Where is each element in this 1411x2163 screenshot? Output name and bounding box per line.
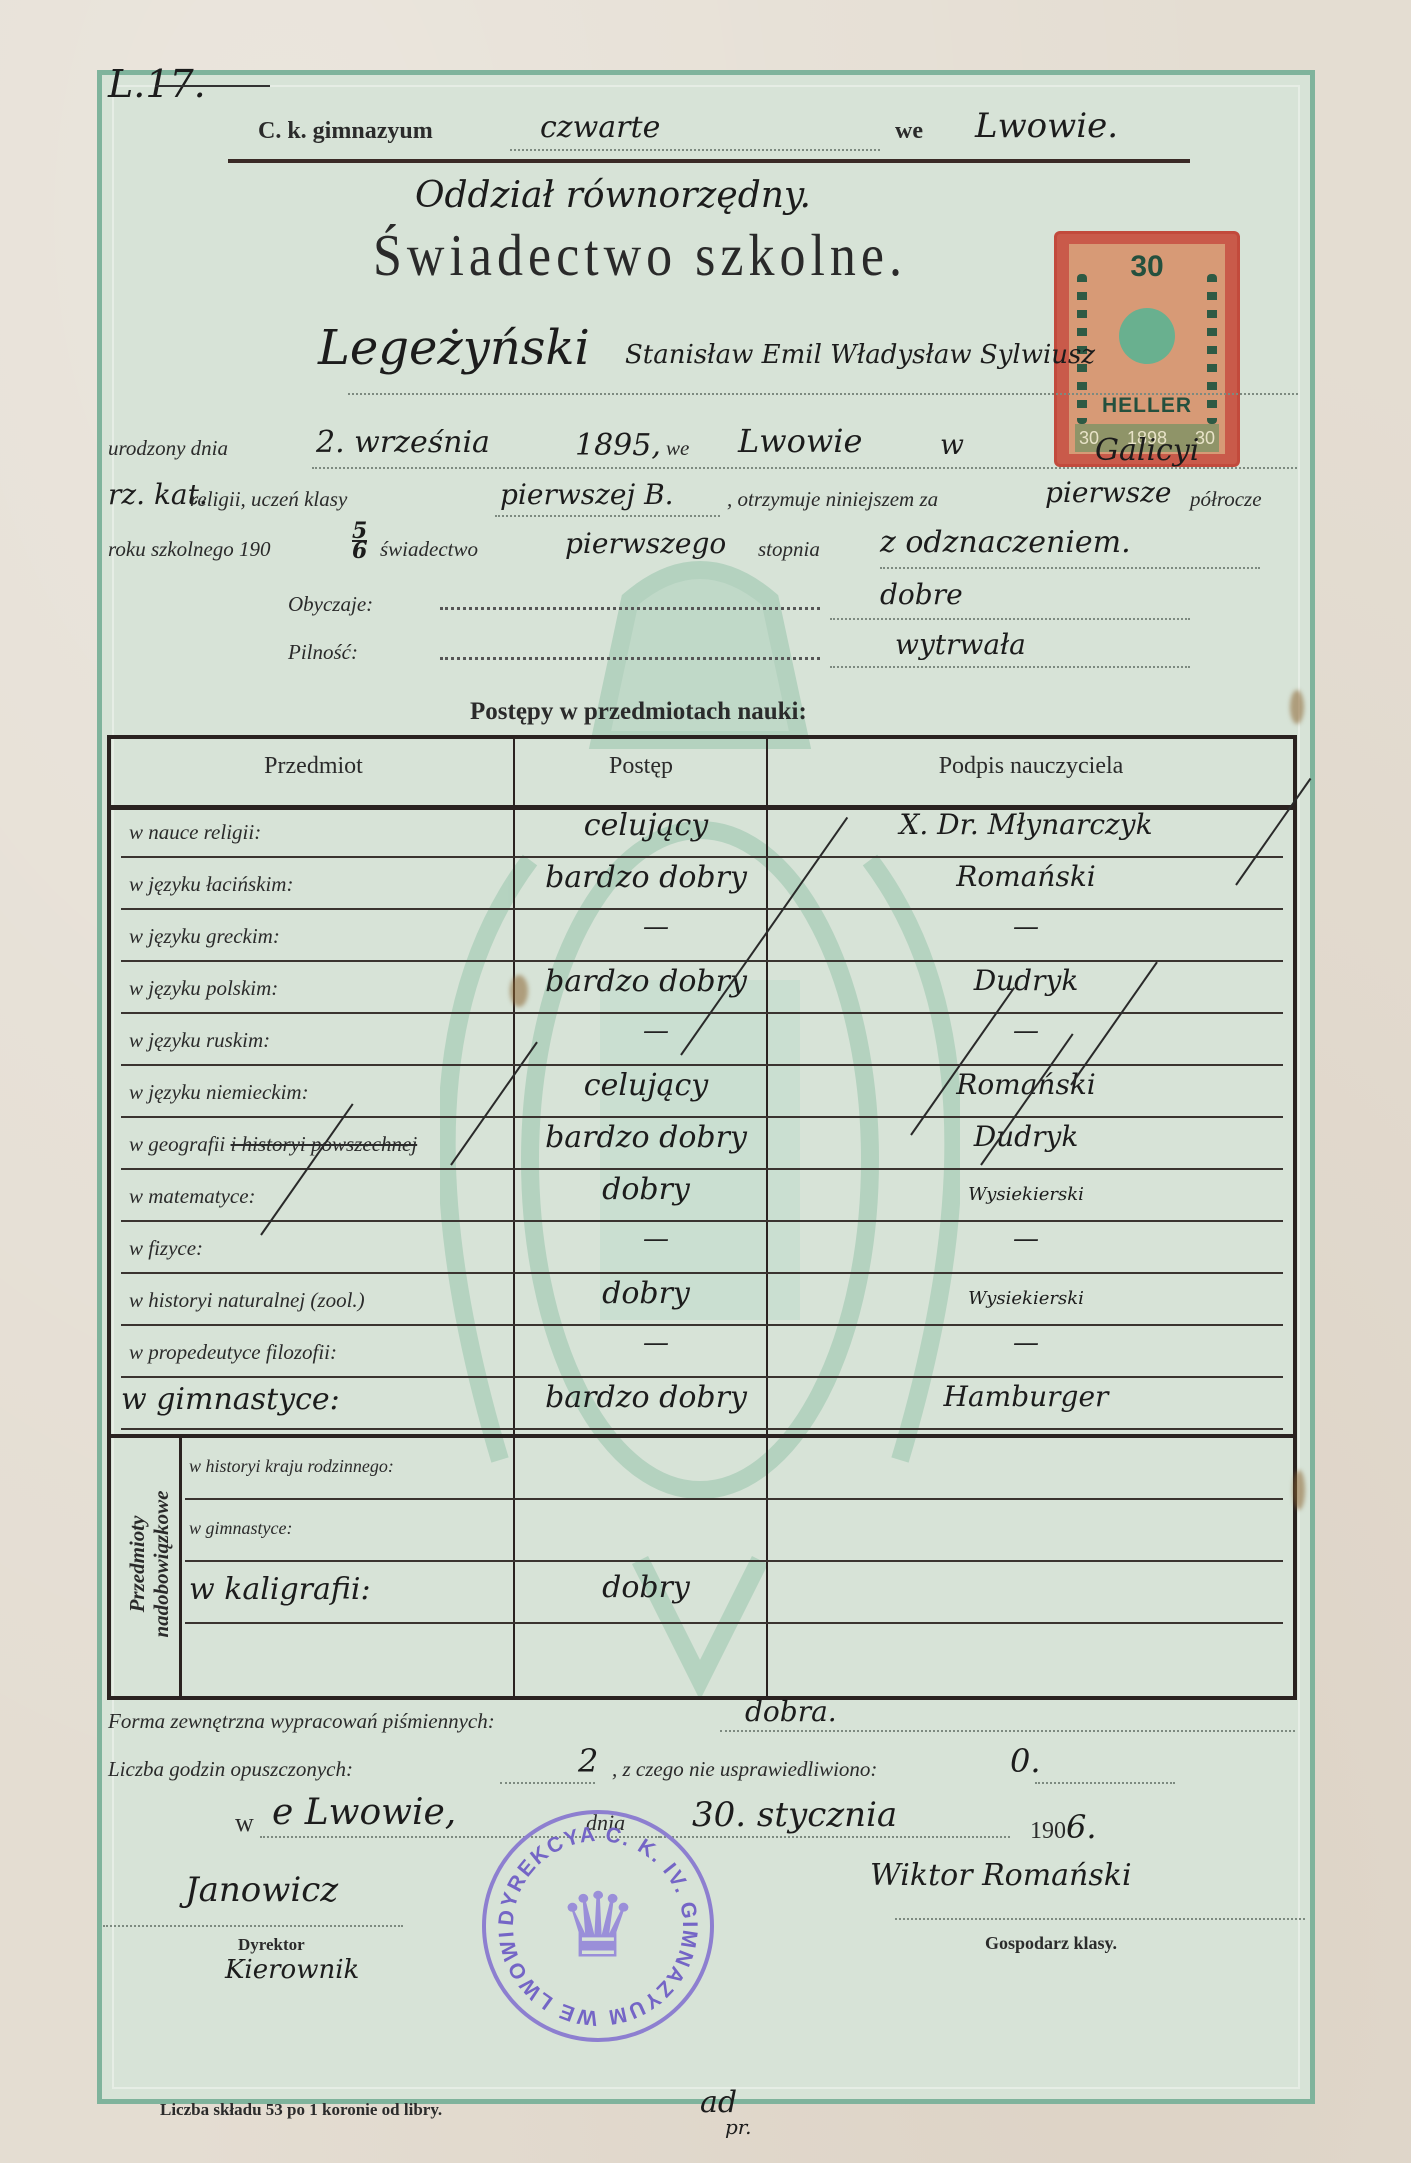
missed-hours-value: 2 (578, 1742, 598, 1780)
optional-table-row: w kaligrafii:dobry (111, 1562, 1293, 1624)
director-label: Dyrektor (238, 1935, 305, 1955)
subject-cell: w języku ruskim: (129, 1028, 270, 1053)
place-prefix: w (235, 1808, 254, 1838)
division: Oddział równorzędny. (415, 175, 811, 216)
optional-table-row (111, 1624, 1293, 1686)
birth-city: Lwowie (738, 422, 862, 460)
subject-cell: w fizyce: (129, 1236, 203, 1261)
subject-cell: w gimnastyce: (121, 1382, 340, 1417)
subject-text: w języku ruskim: (129, 1028, 270, 1052)
table-row: w geografii i historyi powszechnejbardzo… (111, 1118, 1293, 1170)
missed-hours-label: Liczba godzin opuszczonych: (108, 1757, 353, 1782)
written-form-label: Forma zewnętrzna wypracowań piśmiennych: (108, 1709, 495, 1734)
subject-cell: w historyi naturalnej (zool.) (129, 1288, 365, 1313)
classmaster-label: Gospodarz klasy. (985, 1933, 1117, 1954)
receives-label: , otrzymuje niniejszem za (727, 487, 938, 512)
stamp-portrait-icon (1119, 308, 1175, 364)
year-denominator: 6 (352, 542, 367, 560)
progress-cell: dobry (521, 1570, 771, 1605)
distinction: z odznaczeniem. (880, 525, 1131, 560)
progress-cell: celujący (521, 808, 771, 843)
teacher-signature-cell: Wysiekierski (776, 1288, 1276, 1309)
subject-text: w historyi naturalnej (zool.) (129, 1288, 365, 1312)
diligence-leader-dots (440, 657, 820, 660)
conduct-value: dobre (880, 578, 963, 611)
class: pierwszej B. (500, 478, 674, 511)
stamp-value: 30 (1069, 250, 1225, 284)
school-year-fraction: 5 6 (352, 522, 367, 560)
teacher-signature-cell: X. Dr. Młynarczyk (776, 808, 1276, 841)
grade-degree: pierwszego (565, 527, 726, 560)
reference-underline (155, 85, 270, 87)
school-dotted-line (510, 149, 880, 151)
date-year: 1906. (1030, 1808, 1097, 1846)
subject-text: w nauce religii: (129, 820, 261, 844)
conduct-label: Obyczaje: (288, 592, 373, 617)
subject-text: w języku greckim: (129, 924, 280, 948)
diligence-dotted-line (830, 666, 1190, 668)
printer-note: Liczba składu 53 po 1 koronie od libry. (160, 2100, 442, 2120)
year-prefix: 190 (1030, 1818, 1066, 1844)
table-row: w historyi naturalnej (zool.)dobryWysiek… (111, 1274, 1293, 1326)
teacher-signature-cell: Romański (776, 860, 1276, 893)
classmaster-signature: Wiktor Romański (870, 1858, 1132, 1893)
subject-text: w języku polskim: (129, 976, 278, 1000)
missed-hours-dotted-line (500, 1782, 595, 1784)
progress-cell: celujący (521, 1068, 771, 1103)
subject-cell: w języku łacińskim: (129, 872, 293, 897)
progress-cell: — (531, 1224, 781, 1254)
school-year-label: roku szkolnego 190 (108, 537, 271, 562)
double-eagle-icon: ♛ (558, 1874, 639, 1979)
name-dotted-line (348, 393, 1298, 395)
table-row: w języku niemieckim:celującyRomański (111, 1066, 1293, 1118)
subject-cell: w języku niemieckim: (129, 1080, 309, 1105)
school-number: czwarte (540, 110, 660, 145)
diligence-label: Pilność: (288, 640, 358, 665)
unexcused-value: 0. (1010, 1742, 1041, 1780)
header-rule (228, 159, 1190, 163)
teacher-signature-cell: Wysiekierski (776, 1184, 1276, 1205)
stain (1290, 690, 1304, 724)
progress-title: Postępy w przedmiotach nauki: (470, 698, 807, 726)
header-subject: Przedmiot (111, 753, 516, 780)
school-prefix: C. k. gimnazyum (258, 118, 433, 145)
progress-cell: bardzo dobry (521, 1380, 771, 1415)
subject-cell: w języku polskim: (129, 976, 278, 1001)
subject-cell: w nauce religii: (129, 820, 261, 845)
progress-cell: dobry (521, 1276, 771, 1311)
table-row: w nauce religii:celującyX. Dr. Młynarczy… (111, 806, 1293, 858)
teacher-signature-cell: Dudryk (776, 964, 1276, 997)
teacher-signature-cell: — (776, 1328, 1276, 1358)
optional-table-row: w gimnastyce: (111, 1500, 1293, 1562)
progress-cell: — (531, 912, 781, 942)
half-year-label: półrocze (1190, 487, 1262, 512)
unexcused-dotted-line (1035, 1782, 1175, 1784)
birth-year: 1895, (575, 428, 661, 463)
director-acting: Kierownik (225, 1955, 359, 1985)
born-label: urodzony dnia (108, 436, 228, 461)
certificate-label: świadectwo (380, 537, 478, 562)
date-dotted-line (660, 1836, 1010, 1838)
school-we: we (895, 118, 923, 145)
student-surname: Legeżyński (318, 320, 590, 376)
year-suffix: 6. (1066, 1808, 1097, 1846)
written-form-value: dobra. (745, 1695, 837, 1728)
document-title: Świadectwo szkolne. (373, 222, 907, 290)
subject-cell: w gimnastyce: (189, 1518, 292, 1539)
written-form-dotted-line (720, 1730, 1295, 1732)
progress-cell: dobry (521, 1172, 771, 1207)
date-value: 30. stycznia (692, 1795, 897, 1835)
subject-cell: w kaligrafii: (189, 1572, 371, 1607)
teacher-signature-cell: — (776, 1016, 1276, 1046)
table-row: w propedeutyce filozofii:—— (111, 1326, 1293, 1378)
subject-cell: w matematyce: (129, 1184, 256, 1209)
optional-table-row: w historyi kraju rodzinnego: (111, 1438, 1293, 1500)
subject-cell: w historyi kraju rodzinnego: (189, 1456, 394, 1477)
conduct-leader-dots (440, 607, 820, 610)
subject-text: w propedeutyce filozofii: (129, 1340, 337, 1364)
teacher-signature-cell: Hamburger (776, 1380, 1276, 1413)
subject-cell: w propedeutyce filozofii: (129, 1340, 337, 1365)
school-city: Lwowie. (975, 106, 1118, 146)
birth-w: w (940, 428, 964, 461)
teacher-signature-cell: Romański (776, 1068, 1276, 1101)
table-header: Przedmiot Postęp Podpis nauczyciela (111, 739, 1293, 810)
subject-text: w gimnastyce: (121, 1382, 340, 1417)
religion-label: religii, uczeń klasy (190, 487, 347, 512)
progress-cell: — (531, 1016, 781, 1046)
table-row: w języku greckim:—— (111, 910, 1293, 962)
grades-table: Przedmiot Postęp Podpis nauczyciela w na… (107, 735, 1297, 1700)
subject-text: w geografii (129, 1132, 225, 1156)
teacher-signature-cell: — (776, 1224, 1276, 1254)
official-seal: DYREKCYA C. K. IV. GIMNAZYUM WE LWOWIE ♛ (482, 1810, 714, 2042)
class-dotted-line (495, 515, 720, 517)
birth-region: Galicyi (1095, 433, 1199, 468)
conduct-dotted-line (830, 618, 1190, 620)
diligence-value: wytrwała (895, 628, 1026, 661)
header-progress: Postęp (516, 753, 766, 780)
progress-cell: — (531, 1328, 781, 1358)
stain (510, 975, 528, 1007)
stain (1293, 1470, 1305, 1510)
subject-cell: w geografii i historyi powszechnej (129, 1132, 417, 1157)
unexcused-label: , z czego nie usprawiedliwiono: (612, 1757, 877, 1782)
subject-text: w języku łacińskim: (129, 872, 293, 896)
subject-text: w fizyce: (129, 1236, 203, 1260)
stamp-unit: HELLER (1069, 394, 1225, 418)
place-value: e Lwowie, (272, 1792, 456, 1833)
row-rule (121, 1428, 1283, 1430)
progress-cell: bardzo dobry (521, 860, 771, 895)
subject-text: w języku niemieckim: (129, 1080, 309, 1104)
subject-text: w matematyce: (129, 1184, 256, 1208)
birth-we: we (666, 436, 689, 461)
table-row: w języku łacińskim:bardzo dobryRomański (111, 858, 1293, 910)
teacher-signature-cell: — (776, 912, 1276, 942)
table-row: w gimnastyce:bardzo dobryHamburger (111, 1378, 1293, 1430)
half-year: pierwsze (1045, 476, 1172, 509)
table-row: w języku polskim:bardzo dobryDudryk (111, 962, 1293, 1014)
student-given-names: Stanisław Emil Władysław Sylwiusz (625, 340, 1095, 370)
progress-cell: bardzo dobry (521, 1120, 771, 1155)
header-teacher: Podpis nauczyciela (766, 753, 1296, 780)
birth-day: 2. września (316, 425, 490, 460)
director-dotted-line (103, 1925, 403, 1927)
birth-dotted-line (312, 467, 1297, 469)
reference-number: L.17. (108, 62, 206, 106)
margin-note-2: pr. (725, 2115, 752, 2139)
table-row: w fizyce:—— (111, 1222, 1293, 1274)
grade-dotted-line (880, 567, 1260, 569)
director-signature: Janowicz (185, 1870, 338, 1910)
grade-label: stopnia (758, 537, 820, 562)
classmaster-dotted-line (895, 1918, 1305, 1920)
teacher-signature-cell: Dudryk (776, 1120, 1276, 1153)
subject-cell: w języku greckim: (129, 924, 280, 949)
